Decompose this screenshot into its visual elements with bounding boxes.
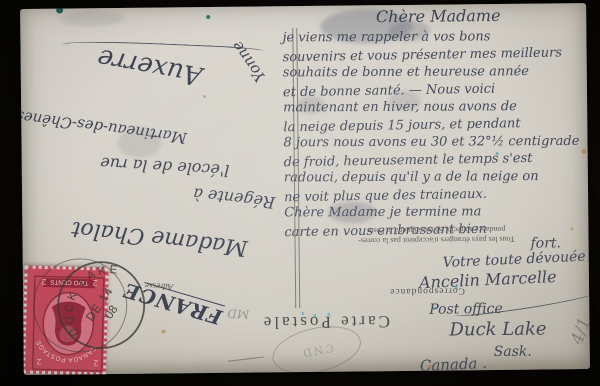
sender-address-line: Duck Lake xyxy=(449,318,546,340)
signature-line: Votre toute dévouée xyxy=(442,249,586,271)
message-block: Chère Madame je viens me rappeler à vos … xyxy=(282,5,586,240)
message-heading: Chère Madame xyxy=(282,5,584,27)
foxing-dot xyxy=(203,95,206,98)
pencil-mark-fraction: 4/1 xyxy=(567,315,590,347)
pencil-dash-mark xyxy=(228,357,264,362)
pencil-mark-initials: MD xyxy=(227,306,249,321)
postcard-back: Chère Madame je viens me rappeler à vos … xyxy=(20,3,590,375)
ink-stain xyxy=(60,10,124,27)
foxing-dot xyxy=(161,329,165,333)
sender-address-line: Post office xyxy=(429,301,503,318)
pencil-oval-text: CND xyxy=(299,340,334,359)
recipient-name: Madame Chalot xyxy=(20,210,303,267)
sender-address-line: Canada . xyxy=(419,354,487,375)
speck xyxy=(56,7,63,14)
sender-address-line: Sask. xyxy=(494,344,532,360)
speck xyxy=(206,15,210,19)
printed-notice: Tous les pays étrangers n'acceptent pas … xyxy=(310,223,562,246)
svg-text:2: 2 xyxy=(37,357,42,367)
recipient-school: l'école de la rue xyxy=(39,150,290,184)
correspondence-label: Correspondance xyxy=(369,285,485,296)
postcard-photo: Chère Madame je viens me rappeler à vos … xyxy=(0,0,600,386)
recipient-street: Martineau-des-Chênes xyxy=(20,106,200,149)
